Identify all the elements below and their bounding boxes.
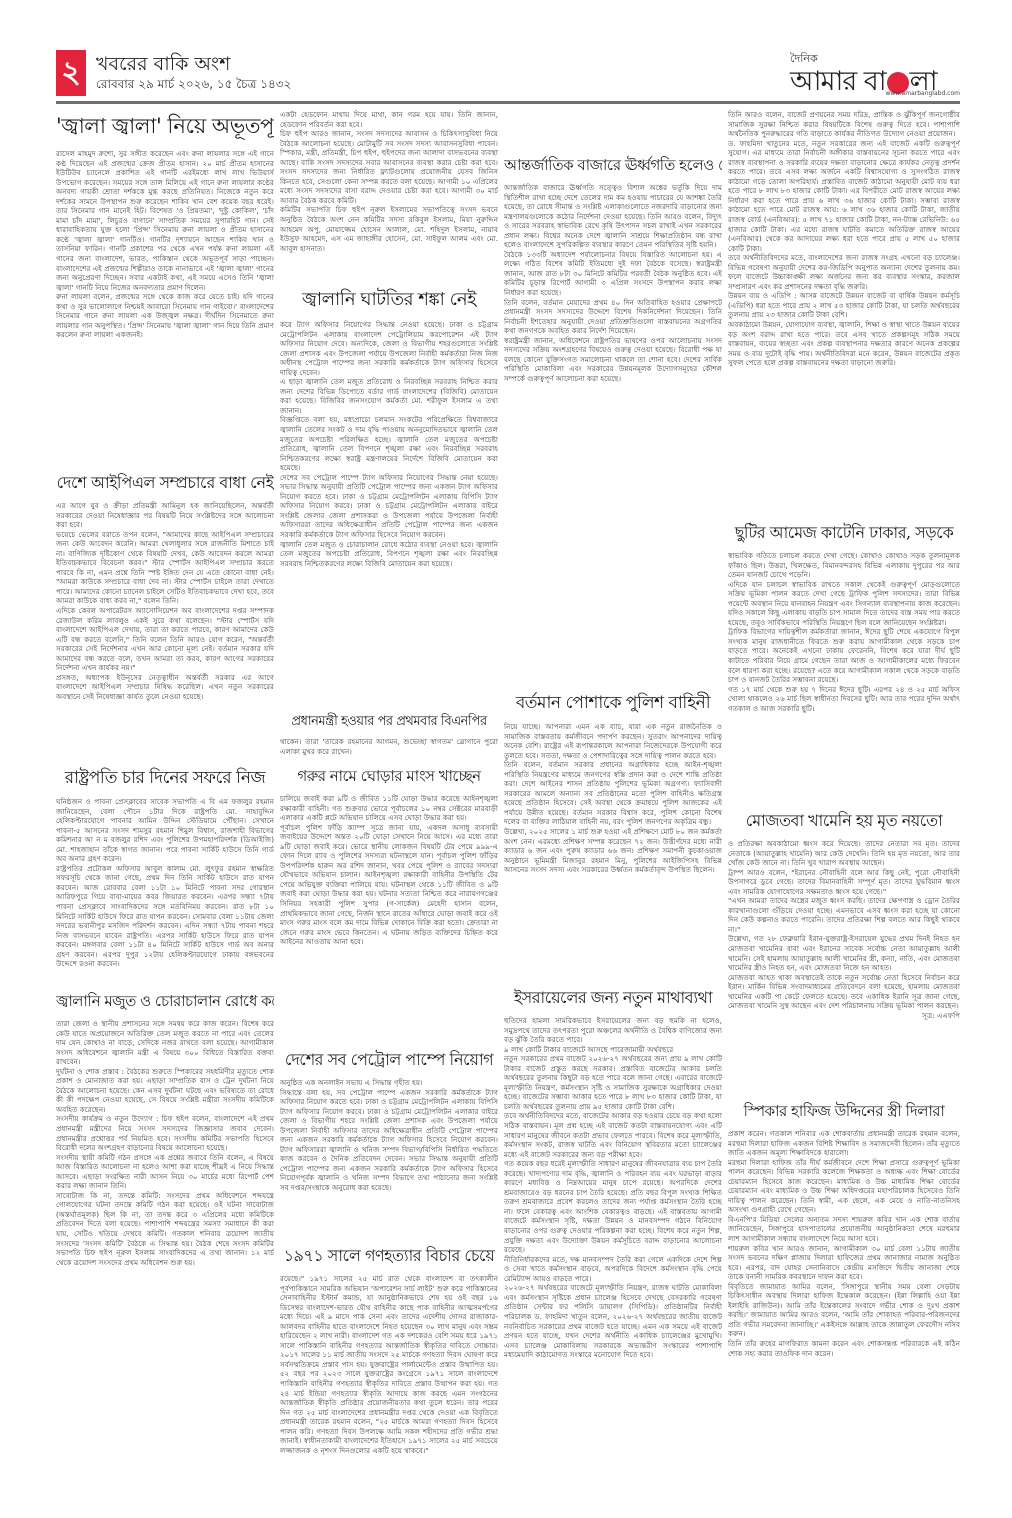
paragraph: অনুষ্ঠিত এক অনলাইন সভায় এ সিদ্ধান্ত গৃহ…: [280, 1078, 498, 1088]
paragraph: রাসেল মাহমুদ রুশো, সুর সঙ্গীত করেছেন এবং…: [56, 149, 274, 292]
paragraph: স্বরাষ্ট্রমন্ত্রী জানান, অধিবেশনে রাষ্ট্…: [504, 336, 722, 384]
paragraph: বিজ্ঞপ্তিতে বলা হয়, মধ্যপ্রাচ্যে চলমান …: [280, 415, 498, 472]
paragraph: বিএনপি'র মিডিয়া সেলের অন্যতম সদস্য শায়…: [728, 1215, 960, 1244]
story-fuel-hoarding: জ্বালানি মজুত ও চোরাচালান রোধে কঠোর তারা…: [56, 990, 274, 1267]
paragraph: গত কয়েক বছর ধরেই মূল্যস্ফীতি সাধারণ মান…: [504, 1159, 722, 1254]
story-body: রাসেল মাহমুদ রুশো, সুর সঙ্গীত করেছেন এবং…: [56, 149, 274, 340]
paragraph: সূত্র: এএফপি: [728, 1011, 960, 1021]
story-headline: গরুর নামে ঘোড়ার মাংস খাচ্ছেন: [280, 765, 498, 790]
paragraph: এর আগে যুব ও ক্রীড়া প্রতিমন্ত্রী আমিনুল…: [56, 501, 274, 530]
story-headline: দেশে আইপিএল সম্প্রচারে বাধা নেই: [56, 470, 274, 497]
story-ipl: দেশে আইপিএল সম্প্রচারে বাধা নেই এর আগে য…: [56, 470, 274, 701]
paragraph: সিদ্ধান্তে বলা হয়, সব পেট্রোল পাম্পে এক…: [280, 1088, 498, 1193]
story-body: ঘনিষ্ঠজন ও পাবনা প্রেসক্লাবের সাবেক সভাপ…: [56, 797, 274, 969]
story-horse-meat: গরুর নামে ঘোড়ার মাংস খাচ্ছেন চালিয়ে জব…: [280, 765, 498, 947]
paragraph: সংসদীয় কার্যক্রম ও নতুন উদ্যোগ : চিফ হু…: [56, 1114, 274, 1152]
paragraph: তিনি বলেন, বর্তমান সরকার প্রধানের অগ্রাধ…: [504, 760, 722, 827]
paragraph: "এখন আমরা তাদের অস্ত্রের মজুত ধ্বংস করছি…: [728, 896, 960, 934]
story-fuel-shortage: জ্বালানি ঘাটতির শঙ্কা নেই করে ট্যাগ অফিস…: [280, 285, 498, 568]
story-body: করে ট্যাগ অফিসার নিয়োগের সিদ্ধান্ত নেওয…: [280, 320, 498, 568]
paragraph: ভয়েচে ভেলের বরাতে তপন বলেন, "আমাদের কাছ…: [56, 530, 274, 606]
paragraph: ট্রাফিক বিভাগের দায়িত্বশীল কর্মকর্তারা …: [728, 627, 960, 684]
story-budget-continued: তিনি আরও বলেন, বাজেট প্রণয়নের সময় দরিদ…: [728, 110, 960, 368]
story-israel: ইসরায়েলের জন্য নতুন মাথাব্যথা হুতিদের হ…: [504, 985, 722, 1360]
story-parliament-continued: একটা হেডফোন মাথায় দিয়ে মাথা, কান গরম হ…: [280, 110, 498, 253]
story-pm-bnp: প্রধানমন্ত্রী হওয়ার পর প্রথমবার বিএনপির…: [280, 712, 498, 756]
paragraph: তবে অর্থনীতিবিদদের মতে, বাজেটের আকার বড়…: [504, 1111, 722, 1159]
paragraph: মোজতবা আহত থাকা অবস্থাতেই তাকে নতুন সর্ব…: [728, 973, 960, 1011]
paragraph: গত ১৭ মার্চ থেকে শুরু হয় ৭ দিনের ঈদের ছ…: [728, 685, 960, 714]
story-body: অনুষ্ঠিত এক অনলাইন সভায় এ সিদ্ধান্ত গৃহ…: [280, 1078, 498, 1193]
paragraph: কমিটির সভাপতি চিফ হুইপ নূরুল ইসলামের সভা…: [280, 205, 498, 253]
paragraph: স্বাভাবিক গতিতে চলাচল করতে দেখা গেছে। কো…: [728, 551, 960, 580]
paragraph: তিনি বলেন, বর্তমান মেয়াদের প্রথম ৪০ দিন…: [504, 298, 722, 336]
story-headline: প্রধানমন্ত্রী হওয়ার পর প্রথমবার বিএনপির: [280, 712, 498, 733]
paragraph: ২০২৬-২৭ অর্থবছরের বাজেটে মূল্যস্ফীতি নিয…: [504, 1283, 722, 1359]
paragraph: অবকাঠামো উন্নয়ন, যোগাযোগ ব্যবস্থা, জ্বা…: [728, 320, 960, 368]
paragraph: এদিকে যান চলাচল স্বাভাবিক রাখতে সকাল থেক…: [728, 580, 960, 628]
story-body: তারা জেলা ও স্থানীয় প্রশাসনের সঙ্গে সমন…: [56, 1019, 274, 1267]
story-body: তিনি আরও বলেন, বাজেট প্রণয়নের সময় দরিদ…: [728, 110, 960, 368]
paragraph: ঘনিষ্ঠজন ও পাবনা প্রেসক্লাবের সাবেক সভাপ…: [56, 797, 274, 864]
paragraph: তিনি আরও বলেন, বাজেট প্রণয়নের সময় দরিদ…: [728, 110, 960, 139]
paragraph: ড. ফাহমিদা খাতুনের মতে, নতুন সরকারের জন্…: [728, 139, 960, 254]
story-headline: ইসরায়েলের জন্য নতুন মাথাব্যথা: [504, 985, 722, 1012]
paragraph: নিয়ে যাচ্ছে। আপনারা এমন এক ব্যাচ, যারা …: [504, 722, 722, 760]
story-petrol-pumps: দেশের সব পেট্রোল পাম্পে নিয়োগ অনুষ্ঠিত …: [280, 1047, 498, 1193]
logo-url: www.amarbanglabd.com: [885, 90, 960, 97]
paragraph: ট্রাম্প আরও বলেন, "ইরানের নৌবাহিনী বলে আ…: [728, 868, 960, 897]
story-body: একটা হেডফোন মাথায় দিয়ে মাথা, কান গরম হ…: [280, 110, 498, 253]
story-headline: বর্তমান পোশাকে পুলিশ বাহিনী: [504, 690, 722, 718]
paragraph: দেশের সব পেট্রোল পাম্পে ট্যাগ অফিসার নিয…: [280, 473, 498, 540]
story-eid-traffic: ছুটির আমেজ কাটেনি ঢাকার, সড়কে স্বাভাবিক…: [728, 520, 960, 713]
paragraph: বিবৃতিতে জামায়াত আমির বলেন, 'সিঙ্গাপুরে…: [728, 1282, 960, 1339]
newspaper-logo: দৈনিক আমার বালা www.amarbanglabd.com: [790, 48, 960, 100]
story-intl-market: আন্তর্জাতিক বাজারে ঊর্ধ্বগতি হলেও দেশে আ…: [504, 110, 722, 383]
story-body: থাকেন। তারা 'তারেক রহমানের আগমন, শুভেচ্ছ…: [280, 737, 498, 756]
paragraph: উন্নয়ন ব্যয় ও এডিপি : আসন্ন বাজেটে উন্…: [728, 291, 960, 320]
page-masthead: ২ খবরের বাকি অংশ রোববার ২৯ মার্চ ২০২৬, ১…: [56, 48, 960, 100]
story-headline: আন্তর্জাতিক বাজারে ঊর্ধ্বগতি হলেও দেশে: [504, 154, 722, 179]
paragraph: প্রকাশ করেন। গতকাল শনিবার এক শোকবার্তায়…: [728, 1129, 960, 1158]
story-headline: মোজতবা খামেনি হয় মৃত নয়তো: [728, 808, 960, 835]
story-body: নিয়ে যাচ্ছে। আপনারা এমন এক ব্যাচ, যারা …: [504, 722, 722, 875]
paragraph: আন্তর্জাতিক বাজারে ঊর্ধ্বগতি সত্ত্বেও বি…: [504, 183, 722, 250]
story-headline: ১৯৭১ সালে গণহত্যার বিচার চেয়ে: [280, 1243, 498, 1270]
masthead-divider: [56, 101, 960, 104]
paragraph: উল্লেখ্য, ২০২৫ সালের ১ মার্চ শুরু হওয়া …: [504, 827, 722, 875]
paragraph: এ ছাড়া জ্বালানি তেল মজুত প্রতিরোধ ও নির…: [280, 377, 498, 415]
story-speaker-wife: স্পিকার হাফিজ উদ্দিনের স্ত্রী দিলারা প্র…: [728, 1100, 960, 1358]
story-body: স্বাভাবিক গতিতে চলাচল করতে দেখা গেছে। কো…: [728, 551, 960, 713]
paragraph: তবে অর্থনীতিবিদদের মতে, বাংলাদেশের জন্য …: [728, 253, 960, 291]
paragraph: চিফ হুইপ আরও জানান, সংসদ সদস্যদের আবাসন …: [280, 129, 498, 205]
story-body: প্রকাশ করেন। গতকাল শনিবার এক শোকবার্তায়…: [728, 1129, 960, 1358]
paragraph: ও প্রতিরক্ষা অবকাঠামো ধ্বংস করে দিয়েছে।…: [728, 839, 960, 868]
story-body: হুতিদের হামলা সামরিকভাবে ইসরায়েলের জন্য…: [504, 1016, 722, 1360]
paragraph: দুর্ঘটনা ও শোক প্রস্তাব : বৈঠকের শুরুতে …: [56, 1067, 274, 1115]
logo-text-part1: আমার বা: [790, 66, 886, 97]
page-number-badge: ২: [56, 50, 86, 96]
paragraph: প্রসঙ্গত, অধ্যাপক ইউনূসের নেতৃত্বাধীন অন…: [56, 673, 274, 702]
story-headline: দেশের সব পেট্রোল পাম্পে নিয়োগ: [280, 1047, 498, 1074]
paragraph: বৈঠকে ১৩৩টি অধ্যাদেশ পর্যালোচনার বিষয়ে …: [504, 250, 722, 298]
paragraph: একটা হেডফোন মাথায় দিয়ে মাথা, কান গরম হ…: [280, 110, 498, 129]
paragraph: রয়েছে।" ১৯৭১ সালের ২৫ মার্চ রাত থেকে বা…: [280, 1274, 498, 1455]
paragraph: ৯ লাখ কোটি টাকার বাজেটে আসছে পারেজামায়ী…: [504, 1045, 722, 1055]
story-body: ও প্রতিরক্ষা অবকাঠামো ধ্বংস করে দিয়েছে।…: [728, 839, 960, 1020]
story-headline: জ্বালানি মজুত ও চোরাচালান রোধে কঠোর: [56, 990, 274, 1015]
paragraph: নীতিনির্ধারকদের মতে, দক্ষ মানবসম্পদ তৈরি…: [504, 1255, 722, 1284]
paragraph: তারা জেলা ও স্থানীয় প্রশাসনের সঙ্গে সমন…: [56, 1019, 274, 1067]
story-president: রাষ্ট্রপতি চার দিনের সফরে নিজ ঘনিষ্ঠজন ও…: [56, 765, 274, 969]
story-headline: 'জ্বালা জ্বালা' নিয়ে অভূতপূর্ব: [56, 110, 274, 145]
paragraph: শায়রুল কবির খান আরও জানান, আগামীকাল ৩০ …: [728, 1244, 960, 1282]
paragraph: করে ট্যাগ অফিসার নিয়োগের সিদ্ধান্ত নেওয…: [280, 320, 498, 377]
paragraph: রাষ্ট্রপতির প্রটোকল অফিসার আবুল কালাম মো…: [56, 864, 274, 969]
story-headline: রাষ্ট্রপতি চার দিনের সফরে নিজ: [56, 765, 274, 793]
paragraph: হুতিদের হামলা সামরিকভাবে ইসরায়েলের জন্য…: [504, 1016, 722, 1045]
paragraph: এদিকে কেবল অপারেটরস অ্যাসোসিয়েশন অব বাং…: [56, 606, 274, 673]
paragraph: চালিয়ে জবাই করা ৯টি ও জীবিত ১১টি ঘোড়া …: [280, 794, 498, 823]
story-genocide-1971: ১৯৭১ সালে গণহত্যার বিচার চেয়ে রয়েছে।" …: [280, 1243, 498, 1455]
story-body: চালিয়ে জবাই করা ৯টি ও জীবিত ১১টি ঘোড়া …: [280, 794, 498, 947]
paragraph: উল্লেখ্য, গত ২৮ ফেব্রুয়ারি ইরান-যুক্তরা…: [728, 934, 960, 972]
story-police-uniform: বর্তমান পোশাকে পুলিশ বাহিনী নিয়ে যাচ্ছে…: [504, 690, 722, 875]
paragraph: পূর্বাচল পুলিশ ফাঁড়ি ক্যাম্প সূত্রে জান…: [280, 823, 498, 947]
story-body: এর আগে যুব ও ক্রীড়া প্রতিমন্ত্রী আমিনুল…: [56, 501, 274, 701]
logo-wordmark: আমার বালা: [790, 61, 937, 106]
story-mojtaba: মোজতবা খামেনি হয় মৃত নয়তো ও প্রতিরক্ষা…: [728, 808, 960, 1020]
story-headline: ছুটির আমেজ কাটেনি ঢাকার, সড়কে: [728, 520, 960, 547]
paragraph: জ্বালানি তেল মজুত ও চোরাচালান রোধে কঠোর …: [280, 540, 498, 569]
paragraph: নতুন সরকারের প্রথম বাজেট ২০২৬-২৭ অর্থবছর…: [504, 1054, 722, 1111]
paragraph: সাবোটাজ কি না, তদন্তে কমিটি: সংসদের প্রথ…: [56, 1191, 274, 1267]
paragraph: সংসদীয় স্থায়ী কমিটি গঠন প্রসঙ্গে এক প্…: [56, 1153, 274, 1191]
paragraph: থাকেন। তারা 'তারেক রহমানের আগমন, শুভেচ্ছ…: [280, 737, 498, 756]
paragraph: তিনি তাঁর রুহের মাগফিরাত কামনা করেন এবং …: [728, 1339, 960, 1358]
paragraph: মরহুমা দিলারা হাফিজ তাঁর দীর্ঘ কর্মজীবনে…: [728, 1158, 960, 1215]
story-body: রয়েছে।" ১৯৭১ সালের ২৫ মার্চ রাত থেকে বা…: [280, 1274, 498, 1455]
paragraph: রুনা লায়লা বলেন, প্রজন্মের সঙ্গে থেকে ক…: [56, 292, 274, 340]
issue-date: রোববার ২৯ মার্চ ২০২৬, ১৫ চৈত্র ১৪৩২: [96, 76, 291, 96]
story-headline: স্পিকার হাফিজ উদ্দিনের স্ত্রী দিলারা: [728, 1100, 960, 1125]
story-headline: জ্বালানি ঘাটতির শঙ্কা নেই: [280, 285, 498, 316]
story-body: আন্তর্জাতিক বাজারে ঊর্ধ্বগতি সত্ত্বেও বি…: [504, 183, 722, 383]
story-jhala-jhala: 'জ্বালা জ্বালা' নিয়ে অভূতপূর্ব রাসেল মা…: [56, 110, 274, 340]
